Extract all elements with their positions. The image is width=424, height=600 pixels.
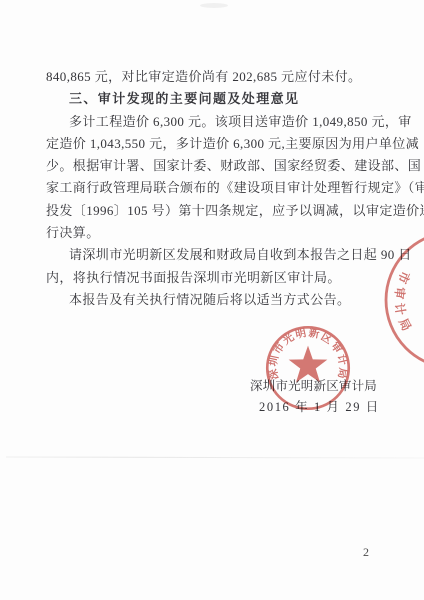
document-line: 家工商行政管理局联合颁布的《建设项目审计处理暂行规定》（审: [46, 177, 390, 199]
svg-text:市审计局: 市审计局: [392, 269, 414, 333]
section-heading: 三、审计发现的主要问题及处理意见: [46, 88, 390, 110]
document-line: 少。根据审计署、国家计委、财政部、国家经贸委、建设部、国: [46, 155, 390, 177]
document-line: 本报告及有关执行情况随后将以适当方式公告。: [46, 289, 390, 311]
document-line: 投发〔1996〕105 号）第十四条规定，应予以调减，以审定造价进: [46, 200, 390, 222]
document-line: 定造价 1,043,550 元，多计造价 6,300 元,主要原因为用户单位减: [46, 133, 390, 155]
document-line: 多计工程造价 6,300 元。该项目送审造价 1,049,850 元，审: [46, 111, 390, 133]
scanned-document-page: 840,865 元，对比审定造价尚有 202,685 元应付未付。 三、审计发现…: [0, 0, 424, 600]
official-seal-partial: 市审计局: [350, 228, 424, 388]
document-line: 内，将执行情况书面报告深圳市光明新区审计局。: [46, 267, 390, 289]
official-seal: 深圳市光明新区审计局: [252, 312, 364, 424]
seal-ring: [386, 232, 424, 368]
document-body: 840,865 元，对比审定造价尚有 202,685 元应付未付。 三、审计发现…: [46, 66, 390, 311]
document-line: 请深圳市光明新区发展和财政局自收到本报告之日起 90 日: [46, 244, 390, 266]
scan-fold-line-artifact: [6, 456, 424, 458]
star-icon: [289, 346, 328, 383]
seal-ring-text: 市审计局: [392, 269, 414, 333]
document-line: 840,865 元，对比审定造价尚有 202,685 元应付未付。: [46, 66, 390, 88]
scan-smudge-artifact: [200, 3, 228, 8]
document-line: 行决算。: [46, 222, 390, 244]
page-number: 2: [363, 545, 369, 560]
